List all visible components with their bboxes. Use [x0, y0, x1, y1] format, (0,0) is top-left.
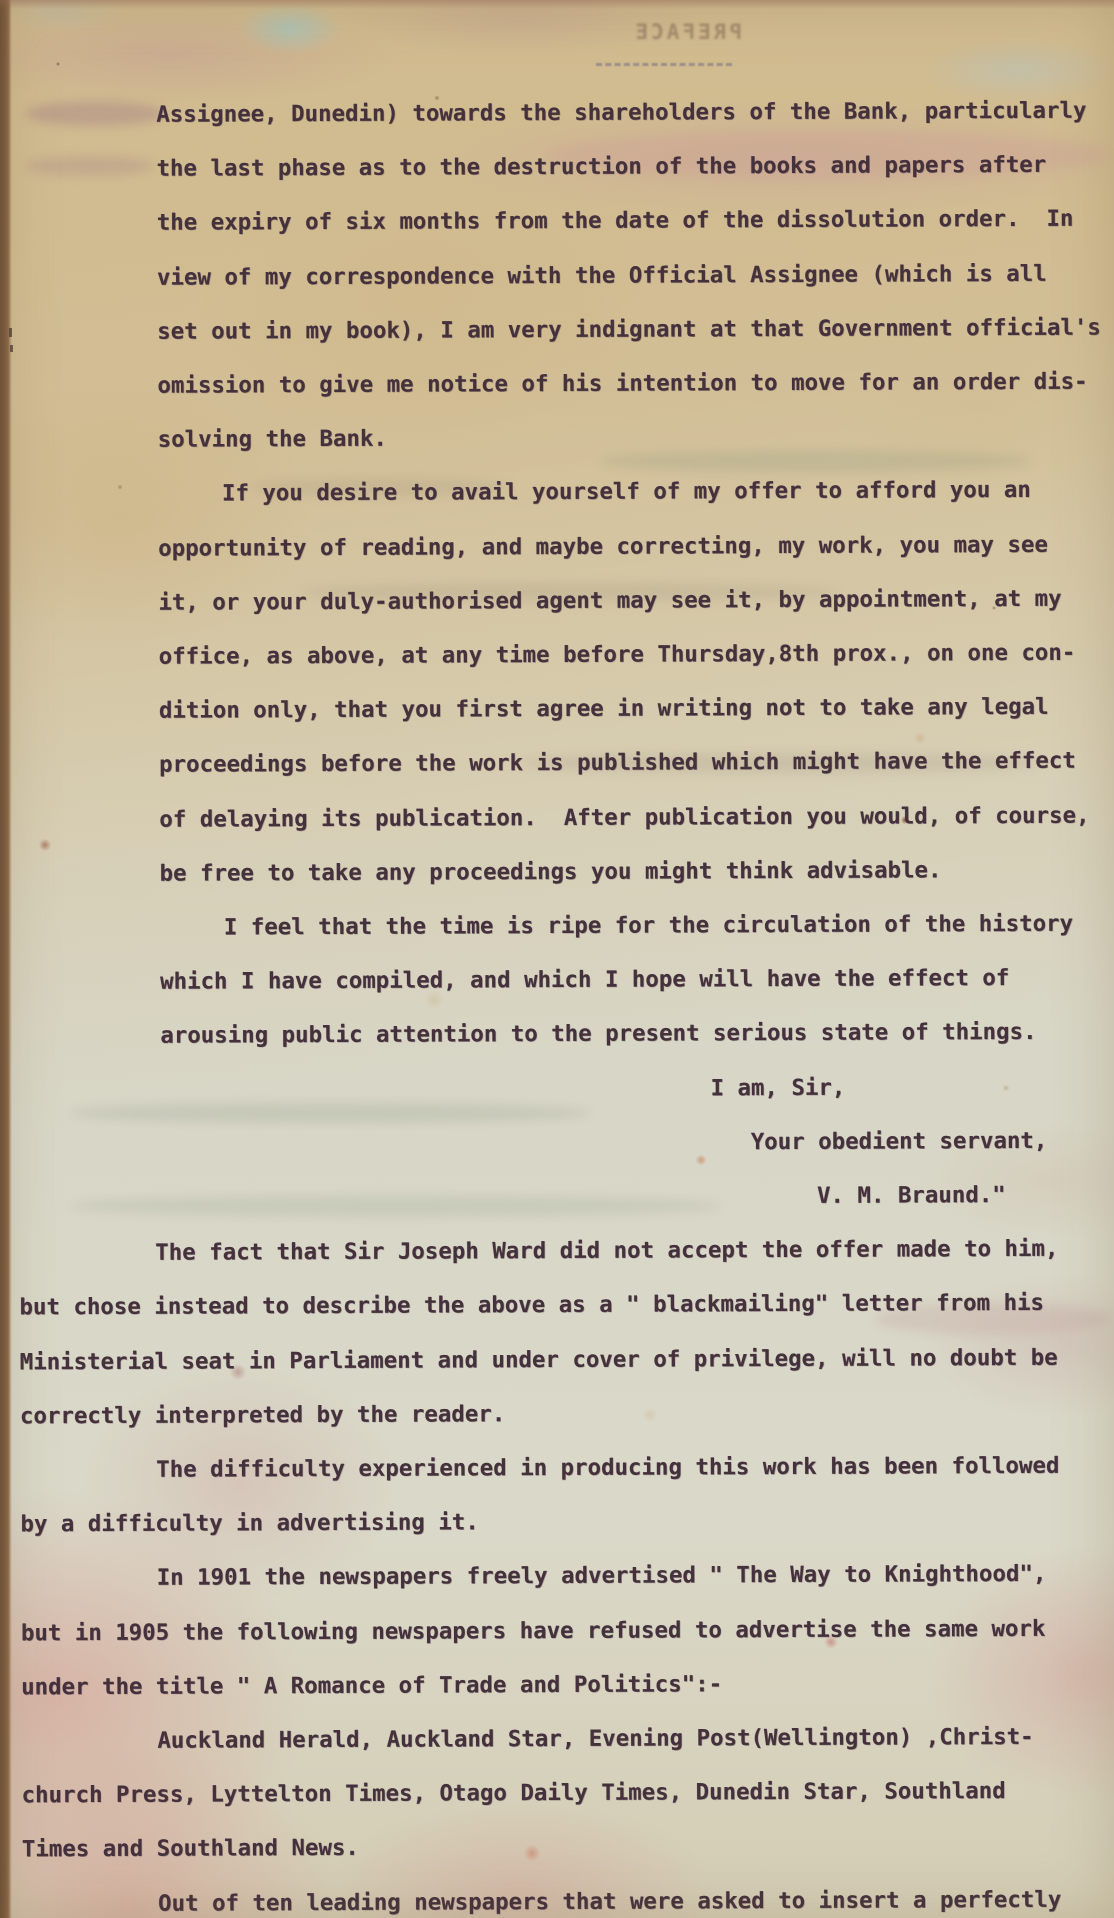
document-line: I am, Sir, [711, 1076, 846, 1099]
document-line: Auckland Herald, Auckland Star, Evening … [157, 1726, 1033, 1752]
document-line: under the title " A Romance of Trade and… [21, 1673, 722, 1698]
document-line: office, as above, at any time before Thu… [159, 642, 1076, 668]
document-line: Times and Southland News. [22, 1837, 359, 1861]
document-line: view of my correspondence with the Offic… [157, 262, 1047, 288]
document-line: omission to give me notice of his intent… [157, 371, 1087, 397]
document-line: set out in my book), I am very indignant… [157, 316, 1101, 343]
document-line: but in 1905 the following newspapers hav… [21, 1617, 1046, 1644]
document-line: opportunity of reading, and maybe correc… [158, 533, 1048, 559]
document-line: which I have compiled, and which I hope … [160, 967, 1009, 993]
document-line: the last phase as to the destruction of … [157, 154, 1047, 180]
document-line: Out of ten leading newspapers that were … [158, 1888, 1061, 1914]
document-line: Assignee, Dunedin) towards the sharehold… [156, 100, 1086, 126]
document-line: correctly interpreted by the reader. [20, 1403, 505, 1428]
document-line: The difficulty experienced in producing … [156, 1455, 1059, 1481]
document-line: In 1901 the newspapers freely advertised… [157, 1563, 1047, 1589]
document-line: but chose instead to describe the above … [19, 1292, 1044, 1319]
document-line: dition only, that you first agree in wri… [159, 696, 1049, 722]
document-line: be free to take any proceedings you migh… [160, 859, 942, 885]
document-line: the expiry of six months from the date o… [157, 208, 1074, 234]
document-line: it, or your duly-authorised agent may se… [158, 588, 1061, 614]
document-line: Your obedient servant, [751, 1130, 1048, 1154]
text-layer: Assignee, Dunedin) towards the sharehold… [0, 0, 1114, 1918]
document-line: The fact that Sir Joseph Ward did not ac… [155, 1238, 1058, 1264]
document-line: solving the Bank. [158, 428, 387, 451]
document-line: of delaying its publication. After publi… [159, 804, 1089, 830]
document-line: proceedings before the work is published… [159, 750, 1076, 776]
scanned-page: PREFACE Assignee, Dunedin) towards the s… [0, 0, 1114, 1918]
document-line: I feel that the time is ripe for the cir… [224, 913, 1073, 939]
document-line: Ministerial seat in Parliament and under… [20, 1346, 1058, 1373]
document-line: arousing public attention to the present… [160, 1021, 1036, 1047]
document-line: If you desire to avail yourself of my of… [222, 479, 1031, 505]
document-line: V. M. Braund." [817, 1184, 1006, 1207]
document-line: by a difficulty in advertising it. [20, 1512, 478, 1536]
document-line: church Press, Lyttelton Times, Otago Dai… [22, 1780, 1006, 1807]
